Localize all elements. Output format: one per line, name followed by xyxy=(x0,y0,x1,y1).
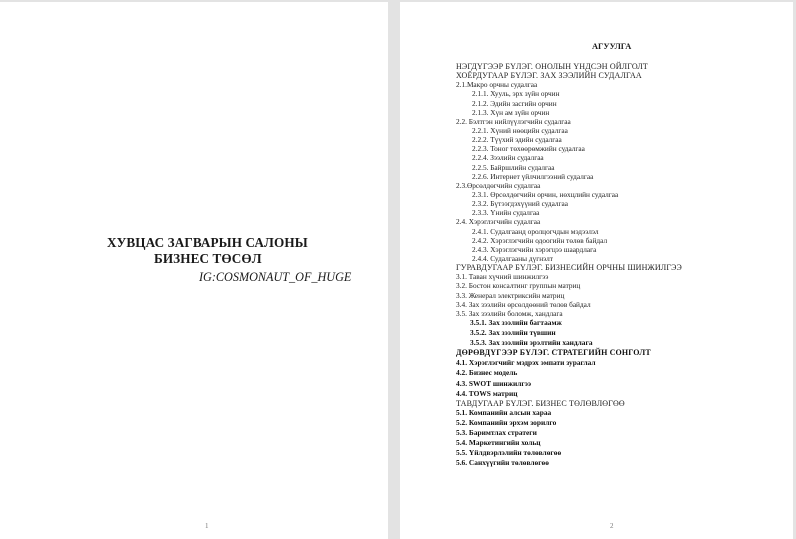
toc-entry[interactable]: 2.3.1. Өрсөлдөгчийн орчин, нөхцлийн суда… xyxy=(456,190,786,199)
toc-chapter-entry[interactable]: ДӨРӨВДҮГЭЭР БҮЛЭГ. СТРАТЕГИЙН СОНГОЛТ xyxy=(456,348,786,358)
toc-entry[interactable]: 2.3.2. Бүтээгдэхүүний судалгаа xyxy=(456,199,786,208)
toc-entry[interactable]: 2.2.1. Хүний нөөцийн судалгаа xyxy=(456,126,786,135)
toc-entry[interactable]: 2.1.1. Хууль, эрх зүйн орчин xyxy=(456,89,786,98)
toc-entry[interactable]: 5.2. Компанийн эрхэм зорилго xyxy=(456,418,786,428)
toc-entry[interactable]: 4.3. SWOT шинжилгээ xyxy=(456,379,786,389)
cover-subtitle: IG:COSMONAUT_OF_HUGE xyxy=(199,270,351,285)
toc-entry[interactable]: 2.1.2. Эдийн засгийн орчин xyxy=(456,99,786,108)
toc-entry[interactable]: 2.1.Макро орчны судалгаа xyxy=(456,80,786,89)
toc-entry[interactable]: 2.2. Бэлтгэн нийлүүлэгчийн судалгаа xyxy=(456,117,786,126)
toc-entry[interactable]: 3.1. Таван хүчний шинжилгээ xyxy=(456,272,786,281)
toc-entry[interactable]: 2.4.2. Хэрэглэгчийн одоогийн төлөв байда… xyxy=(456,236,786,245)
toc-entry[interactable]: 2.2.6. Интернет үйлчилгээний судалгаа xyxy=(456,172,786,181)
toc-heading: АГУУЛГА xyxy=(592,42,631,51)
toc-entry[interactable]: 5.3. Баримтлах стратеги xyxy=(456,428,786,438)
toc-entry[interactable]: 5.6. Санхүүгийн төлөвлөгөө xyxy=(456,458,786,468)
toc-entry[interactable]: 2.2.3. Тоног төхөөрөмжийн судалгаа xyxy=(456,144,786,153)
toc-entry[interactable]: 2.4.1. Судалгаанд оролцогчдын мэдээлэл xyxy=(456,227,786,236)
toc-entry[interactable]: 3.5.1. Зах зээлийн багтаамж xyxy=(456,318,786,328)
toc-entry[interactable]: 3.5.2. Зах зээлийн түвшин xyxy=(456,328,786,338)
toc-entry[interactable]: 4.2. Бизнес модель xyxy=(456,368,786,378)
toc-entry[interactable]: 4.1. Хэрэглэгчийг мэдрэх эмпати зураглал xyxy=(456,358,786,368)
toc-entry[interactable]: 2.2.2. Түүхий эдийн судалгаа xyxy=(456,135,786,144)
toc-entry[interactable]: 3.2. Бостон консалтинг группын матриц xyxy=(456,281,786,290)
toc-entry[interactable]: 3.5.3. Зах зээлийн эрэлтийн хандлага xyxy=(456,338,786,348)
toc-entry[interactable]: 2.3.3. Үнийн судалгаа xyxy=(456,208,786,217)
page-number: 2 xyxy=(610,522,614,530)
toc-entry[interactable]: 3.4. Зах зээлийн өрсөлдөөний төлөв байда… xyxy=(456,300,786,309)
page-number: 1 xyxy=(205,522,209,530)
toc-entry[interactable]: 2.4. Хэрэглэгчийн судалгаа xyxy=(456,217,786,226)
document-page-1: ХУВЦАС ЗАГВАРЫН САЛОНЫ БИЗНЕС ТӨСӨЛ IG:C… xyxy=(0,2,388,539)
toc-entry[interactable]: 4.4. TOWS матриц xyxy=(456,389,786,399)
toc-entry[interactable]: 2.2.4. Зээлийн судалгаа xyxy=(456,153,786,162)
toc-entry[interactable]: 3.3. Женерал электриксийн матриц xyxy=(456,291,786,300)
toc-entry[interactable]: 5.4. Маркетингийн хольц xyxy=(456,438,786,448)
toc-chapter-entry[interactable]: ТАВДУГААР БҮЛЭГ. БИЗНЕС ТӨЛӨВЛӨГӨӨ xyxy=(456,399,786,408)
toc-entry[interactable]: 5.5. Үйлдвэрлэлийн төлөвлөгөө xyxy=(456,448,786,458)
toc-entry[interactable]: 2.4.3. Хэрэглэгчийн хэрэгцээ шаардлага xyxy=(456,245,786,254)
toc-entry[interactable]: 2.2.5. Байршлийн судалгаа xyxy=(456,163,786,172)
document-page-2: АГУУЛГА НЭГДҮГЭЭР БҮЛЭГ. ОНОЛЫН ҮНДСЭН О… xyxy=(400,2,793,539)
cover-title-line-2: БИЗНЕС ТӨСӨЛ xyxy=(154,251,262,267)
toc-entry[interactable]: 5.1. Компанийн алсын хараа xyxy=(456,408,786,418)
toc-chapter-entry[interactable]: ХОЁРДУГААР БҮЛЭГ. ЗАХ ЗЭЭЛИЙН СУДАЛГАА xyxy=(456,71,786,80)
cover-title-line-1: ХУВЦАС ЗАГВАРЫН САЛОНЫ xyxy=(107,235,308,251)
toc-chapter-entry[interactable]: НЭГДҮГЭЭР БҮЛЭГ. ОНОЛЫН ҮНДСЭН ОЙЛГОЛТ xyxy=(456,62,786,71)
toc-entry[interactable]: 3.5. Зах зээлийн боломж, хандлага xyxy=(456,309,786,318)
toc-entry[interactable]: 2.3.Өрсөлдөгчийн судалгаа xyxy=(456,181,786,190)
toc-chapter-entry[interactable]: ГУРАВДУГААР БҮЛЭГ. БИЗНЕСИЙН ОРЧНЫ ШИНЖИ… xyxy=(456,263,786,272)
toc-entry[interactable]: 2.1.3. Хүн ам зүйн орчин xyxy=(456,108,786,117)
table-of-contents: НЭГДҮГЭЭР БҮЛЭГ. ОНОЛЫН ҮНДСЭН ОЙЛГОЛТХО… xyxy=(456,62,786,468)
toc-entry[interactable]: 2.4.4. Судалгааны дүгнэлт xyxy=(456,254,786,263)
